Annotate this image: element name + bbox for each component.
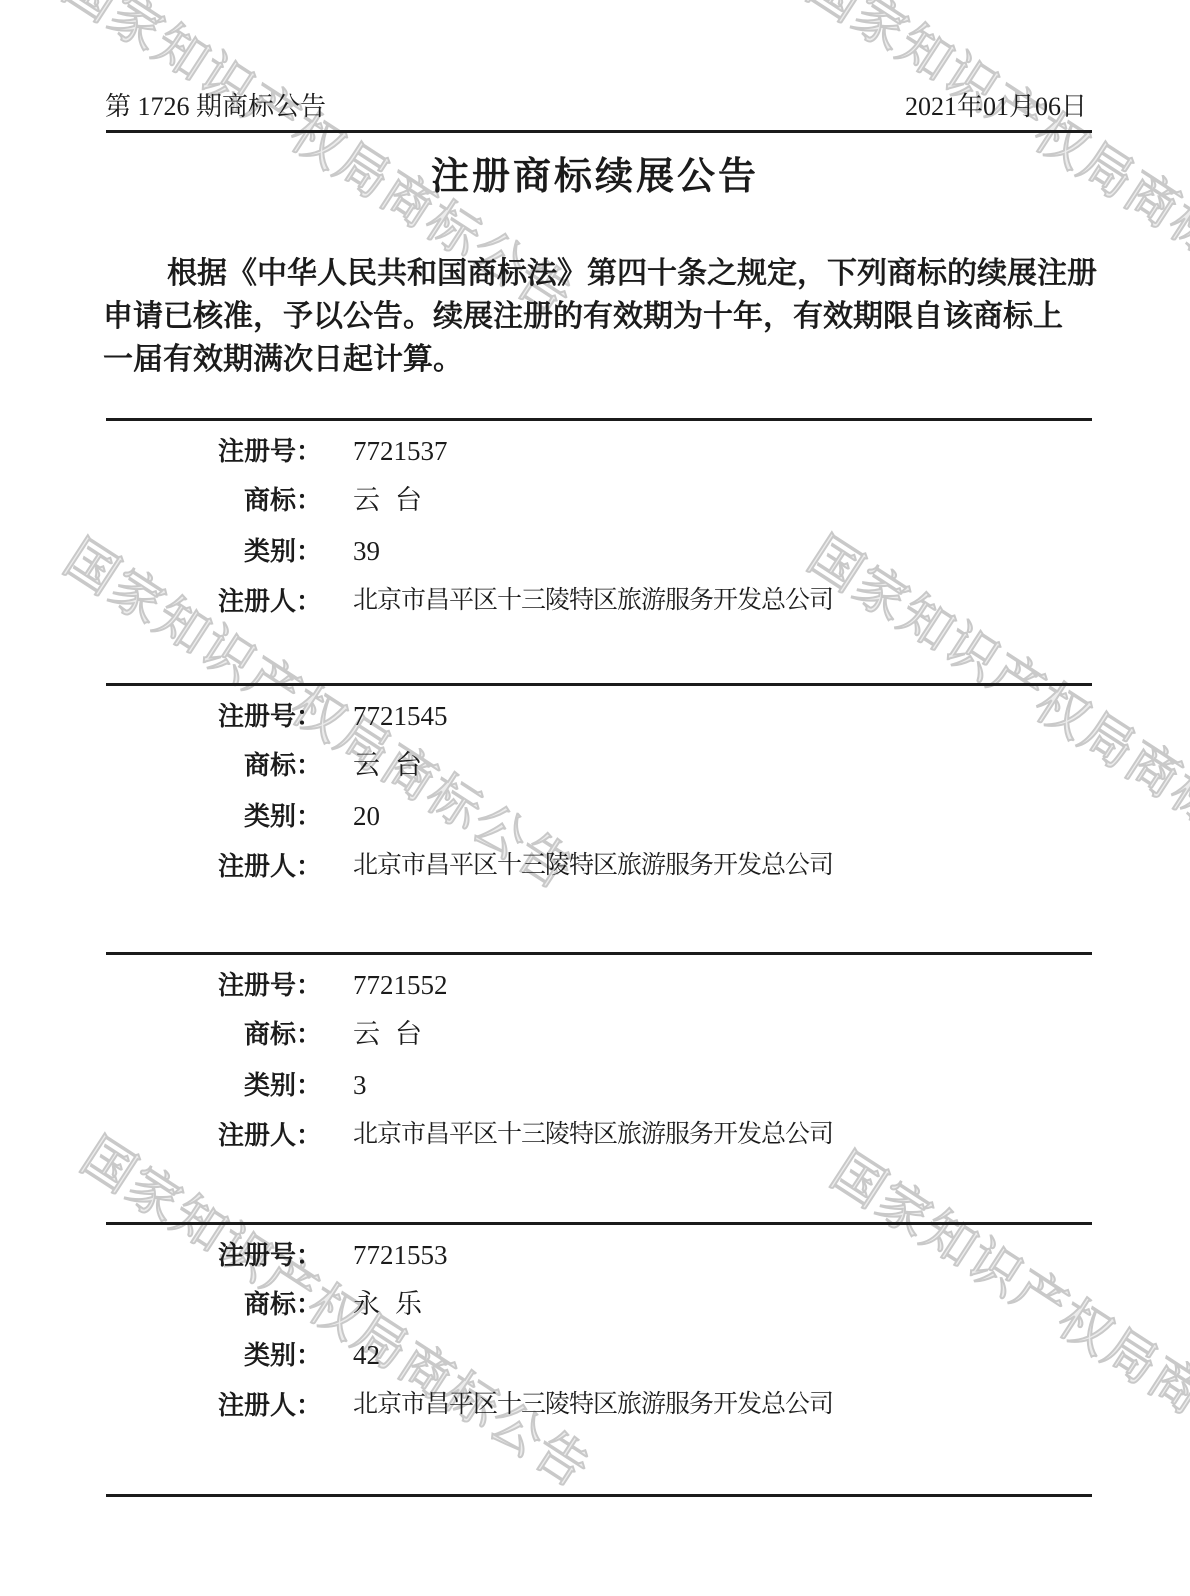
class-label: 类别：: [106, 535, 322, 567]
reg-no-label: 注册号：: [106, 435, 322, 467]
gazette-page: 国家知识产权局商标公告 国家知识产权局商标公告 国家知识产权局商标公告 国家知识…: [0, 0, 1190, 1596]
gazette-issue: 第 1726 期商标公告: [105, 92, 326, 122]
intro-line: 根据《中华人民共和国商标法》第四十条之规定，下列商标的续展注册: [103, 252, 1067, 295]
bottom-divider: [106, 1494, 1092, 1497]
trademark-label: 商标：: [106, 1018, 322, 1050]
class-value: 20: [353, 800, 380, 832]
class-value: 42: [353, 1339, 380, 1371]
intro-paragraph: 根据《中华人民共和国商标法》第四十条之规定，下列商标的续展注册 申请已核准，予以…: [103, 252, 1067, 381]
registrant-label: 注册人：: [106, 1119, 322, 1151]
record-row-reg-no: 注册号： 7721545: [106, 700, 1092, 736]
registrant-value: 北京市昌平区十三陵特区旅游服务开发总公司: [353, 850, 833, 882]
intro-line: 一届有效期满次日起计算。: [103, 338, 1067, 381]
record-row-registrant: 注册人： 北京市昌平区十三陵特区旅游服务开发总公司: [106, 1389, 1092, 1425]
record-row-reg-no: 注册号： 7721553: [106, 1239, 1092, 1275]
class-label: 类别：: [106, 1069, 322, 1101]
reg-no-value: 7721545: [353, 700, 448, 732]
reg-no-value: 7721552: [353, 969, 448, 1001]
registrant-label: 注册人：: [106, 585, 322, 617]
header-divider: [106, 130, 1092, 133]
record-row-class: 类别： 39: [106, 535, 1092, 571]
registrant-value: 北京市昌平区十三陵特区旅游服务开发总公司: [353, 585, 833, 617]
page-content: 第 1726 期商标公告 2021年01月06日 注册商标续展公告 根据《中华人…: [0, 0, 1190, 1596]
reg-no-label: 注册号：: [106, 700, 322, 732]
trademark-record: 注册号： 7721537 商标： 云台 类别： 39 注册人： 北京市昌平区十三…: [106, 418, 1092, 656]
trademark-label: 商标：: [106, 1288, 322, 1320]
record-row-reg-no: 注册号： 7721537: [106, 435, 1092, 471]
record-row-class: 类别： 42: [106, 1339, 1092, 1375]
record-row-trademark: 商标： 云台: [106, 484, 1092, 520]
trademark-record: 注册号： 7721553 商标： 永乐 类别： 42 注册人： 北京市昌平区十三…: [106, 1222, 1092, 1460]
record-row-registrant: 注册人： 北京市昌平区十三陵特区旅游服务开发总公司: [106, 850, 1092, 886]
trademark-value: 永乐: [353, 1288, 437, 1320]
record-row-trademark: 商标： 永乐: [106, 1288, 1092, 1324]
trademark-record: 注册号： 7721545 商标： 云台 类别： 20 注册人： 北京市昌平区十三…: [106, 683, 1092, 921]
page-title: 注册商标续展公告: [0, 145, 1190, 200]
class-label: 类别：: [106, 1339, 322, 1371]
trademark-label: 商标：: [106, 749, 322, 781]
class-label: 类别：: [106, 800, 322, 832]
trademark-record: 注册号： 7721552 商标： 云台 类别： 3 注册人： 北京市昌平区十三陵…: [106, 952, 1092, 1190]
reg-no-value: 7721537: [353, 435, 448, 467]
record-row-trademark: 商标： 云台: [106, 1018, 1092, 1054]
class-value: 3: [353, 1069, 367, 1101]
registrant-value: 北京市昌平区十三陵特区旅游服务开发总公司: [353, 1389, 833, 1421]
intro-line: 申请已核准，予以公告。续展注册的有效期为十年，有效期限自该商标上: [103, 295, 1067, 338]
registrant-label: 注册人：: [106, 850, 322, 882]
trademark-label: 商标：: [106, 484, 322, 516]
record-row-class: 类别： 20: [106, 800, 1092, 836]
trademark-value: 云台: [353, 1018, 437, 1050]
record-row-registrant: 注册人： 北京市昌平区十三陵特区旅游服务开发总公司: [106, 585, 1092, 621]
gazette-date: 2021年01月06日: [905, 92, 1087, 122]
reg-no-label: 注册号：: [106, 969, 322, 1001]
trademark-value: 云台: [353, 484, 437, 516]
trademark-value: 云台: [353, 749, 437, 781]
class-value: 39: [353, 535, 380, 567]
record-row-trademark: 商标： 云台: [106, 749, 1092, 785]
record-row-registrant: 注册人： 北京市昌平区十三陵特区旅游服务开发总公司: [106, 1119, 1092, 1155]
reg-no-value: 7721553: [353, 1239, 448, 1271]
record-row-reg-no: 注册号： 7721552: [106, 969, 1092, 1005]
registrant-value: 北京市昌平区十三陵特区旅游服务开发总公司: [353, 1119, 833, 1151]
reg-no-label: 注册号：: [106, 1239, 322, 1271]
record-row-class: 类别： 3: [106, 1069, 1092, 1105]
registrant-label: 注册人：: [106, 1389, 322, 1421]
